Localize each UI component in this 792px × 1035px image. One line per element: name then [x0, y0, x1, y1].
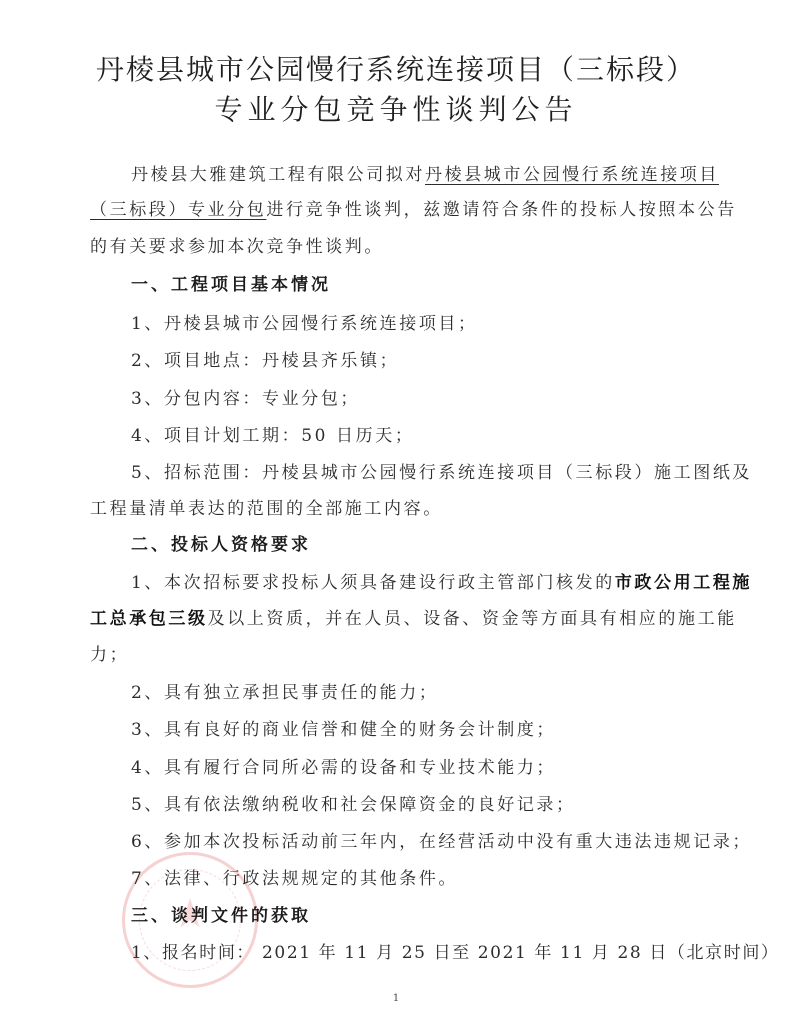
section1-item: 4、项目计划工期：50 日历天； [131, 421, 414, 446]
qualification-bold-text: 市政公用工程施 [615, 573, 752, 593]
section1-item5-line1: 5、招标范围：丹棱县城市公园慢行系统连接项目（三标段）施工图纸及 [131, 458, 752, 483]
section2-item: 7、法律、行政法规规定的其他条件。 [131, 864, 458, 889]
section1-item: 3、分包内容：专业分包； [131, 384, 360, 409]
intro-invitation-text: 进行竞争性谈判，兹邀请符合条件的投标人按照本公告 [266, 200, 736, 220]
section2-item: 3、具有良好的商业信誉和健全的财务会计制度； [131, 715, 556, 740]
section1-item: 1、丹棱县城市公园慢行系统连接项目； [131, 309, 478, 334]
intro-lot-underlined: （三标段）专业分包 [90, 200, 266, 220]
qualification-requirements-text: 及以上资质，并在人员、设备、资金等方面具有相应的施工能 [208, 609, 737, 629]
section2-item1-line1: 1、本次招标要求投标人须具备建设行政主管部门核发的市政公用工程施 [131, 568, 752, 593]
section2-item: 6、参加本次投标活动前三年内，在经营活动中没有重大违法违规记录； [131, 827, 752, 852]
section2-item: 2、具有独立承担民事责任的能力； [131, 678, 438, 703]
section2-heading: 二、投标人资格要求 [131, 530, 311, 555]
intro-project-underlined: 丹棱县城市公园慢行系统连接项目 [425, 165, 719, 185]
section2-item1-line2: 工总承包三级及以上资质，并在人员、设备、资金等方面具有相应的施工能 [90, 604, 737, 629]
section2-item1-line3: 力； [90, 640, 129, 665]
section3-heading: 三、谈判文件的获取 [131, 901, 311, 926]
document-title-line1: 丹棱县城市公园慢行系统连接项目（三标段） [0, 48, 792, 88]
document-page: ★ 丹棱县城市公园慢行系统连接项目（三标段） 专业分包竞争性谈判公告 丹棱县大雅… [0, 0, 792, 1035]
intro-line3: 的有关要求参加本次竞争性谈判。 [90, 232, 384, 257]
section3-item1: 1、报名时间： 2021 年 11 月 25 日至 2021 年 11 月 28… [131, 938, 780, 963]
intro-line1: 丹棱县大雅建筑工程有限公司拟对丹棱县城市公园慢行系统连接项目 [131, 160, 719, 185]
section2-item: 5、具有依法缴纳税收和社会保障资金的良好记录； [131, 790, 576, 815]
intro-line2: （三标段）专业分包进行竞争性谈判，兹邀请符合条件的投标人按照本公告 [90, 195, 737, 220]
qualification-level-bold: 工总承包三级 [90, 609, 208, 629]
section2-item: 4、具有履行合同所必需的设备和专业技术能力； [131, 753, 556, 778]
section1-heading: 一、工程项目基本情况 [131, 270, 331, 295]
page-number: 1 [0, 993, 792, 1004]
intro-company-text: 丹棱县大雅建筑工程有限公司拟对 [131, 165, 425, 185]
qualification-text: 1、本次招标要求投标人须具备建设行政主管部门核发的 [131, 573, 615, 593]
section1-item5-line2: 工程量清单表达的范围的全部施工内容。 [90, 494, 443, 519]
document-title-line2: 专业分包竞争性谈判公告 [0, 88, 792, 128]
section1-item: 2、项目地点：丹棱县齐乐镇； [131, 346, 399, 371]
